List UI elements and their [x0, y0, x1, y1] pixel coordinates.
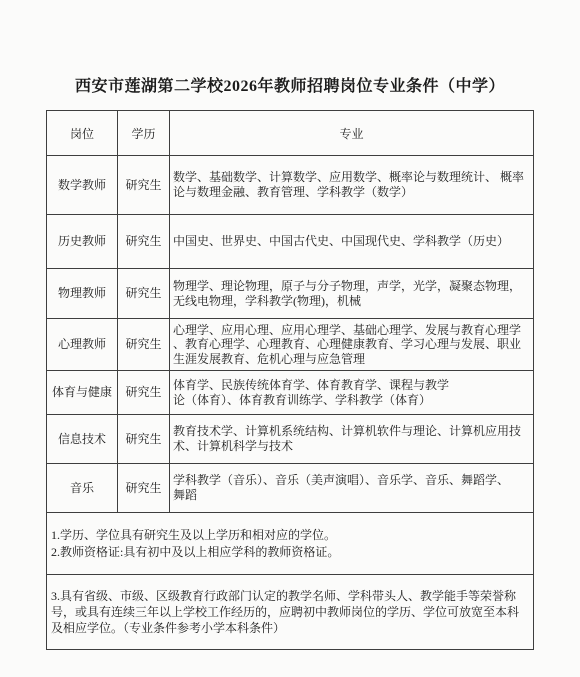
page-title: 西安市莲湖第二学校2026年教师招聘岗位专业条件（中学） [0, 73, 580, 96]
education-cell: 研究生 [118, 464, 170, 513]
table-row: 历史教师 研究生 中国史、世界史、中国古代史、中国现代史、学科教学（历史） [47, 215, 534, 269]
header-education-cell: 学历 [118, 111, 170, 156]
table-row: 体育与健康 研究生 体育学、民族传统体育学、体育教育学、课程与教学 论（体育）、… [47, 371, 534, 415]
education-cell: 研究生 [118, 371, 170, 415]
position-cell: 体育与健康 [47, 371, 118, 415]
majors-cell: 物理学、理论物理，原子与分子物理，声学，光学，凝聚态物理， 无线电物理，学科教学… [170, 269, 534, 319]
position-cell: 数学教师 [47, 156, 118, 215]
position-cell: 信息技术 [47, 415, 118, 464]
table-row: 数学教师 研究生 数学、基础数学、计算数学、应用数学、概率论与数理统计、 概率 … [47, 156, 534, 215]
majors-cell: 中国史、世界史、中国古代史、中国现代史、学科教学（历史） [170, 215, 534, 269]
position-cell: 历史教师 [47, 215, 118, 269]
education-cell: 研究生 [118, 156, 170, 215]
notes-row: 1.学历、学位具有研究生及以上学历和相对应的学位。 2.教师资格证:具有初中及以… [47, 513, 534, 575]
positions-table: 岗位 学历 专业 数学教师 研究生 数学、基础数学、计算数学、应用数学、概率论与… [46, 110, 534, 650]
document-page: 西安市莲湖第二学校2026年教师招聘岗位专业条件（中学） 岗位 学历 专业 数学… [0, 0, 580, 677]
majors-cell: 心理学、应用心理、应用心理学、基础心理学、发展与教育心理学 、教育心理学、心理教… [170, 319, 534, 371]
majors-cell: 学科教学（音乐）、音乐（美声演唱）、音乐学、音乐、舞蹈学、 舞蹈 [170, 464, 534, 513]
table-row: 信息技术 研究生 教育技术学、计算机系统结构、计算机软件与理论、计算机应用技 术… [47, 415, 534, 464]
note-2-cell: 3.具有省级、市级、区级教育行政部门认定的教学名师、学科带头人、教学能手等荣誉称… [47, 575, 534, 650]
education-cell: 研究生 [118, 415, 170, 464]
majors-cell: 数学、基础数学、计算数学、应用数学、概率论与数理统计、 概率 论与数理金融、教育… [170, 156, 534, 215]
majors-cell: 体育学、民族传统体育学、体育教育学、课程与教学 论（体育）、体育教育训练学、学科… [170, 371, 534, 415]
majors-cell: 教育技术学、计算机系统结构、计算机软件与理论、计算机应用技 术、计算机科学与技术 [170, 415, 534, 464]
table-row: 心理教师 研究生 心理学、应用心理、应用心理学、基础心理学、发展与教育心理学 、… [47, 319, 534, 371]
education-cell: 研究生 [118, 269, 170, 319]
table-row: 物理教师 研究生 物理学、理论物理，原子与分子物理，声学，光学，凝聚态物理， 无… [47, 269, 534, 319]
note-1-cell: 1.学历、学位具有研究生及以上学历和相对应的学位。 2.教师资格证:具有初中及以… [47, 513, 534, 575]
education-cell: 研究生 [118, 319, 170, 371]
position-cell: 音乐 [47, 464, 118, 513]
notes-row: 3.具有省级、市级、区级教育行政部门认定的教学名师、学科带头人、教学能手等荣誉称… [47, 575, 534, 650]
header-major-cell: 专业 [170, 111, 534, 156]
table-header-row: 岗位 学历 专业 [47, 111, 534, 156]
position-cell: 物理教师 [47, 269, 118, 319]
table-row: 音乐 研究生 学科教学（音乐）、音乐（美声演唱）、音乐学、音乐、舞蹈学、 舞蹈 [47, 464, 534, 513]
header-position-cell: 岗位 [47, 111, 118, 156]
position-cell: 心理教师 [47, 319, 118, 371]
education-cell: 研究生 [118, 215, 170, 269]
